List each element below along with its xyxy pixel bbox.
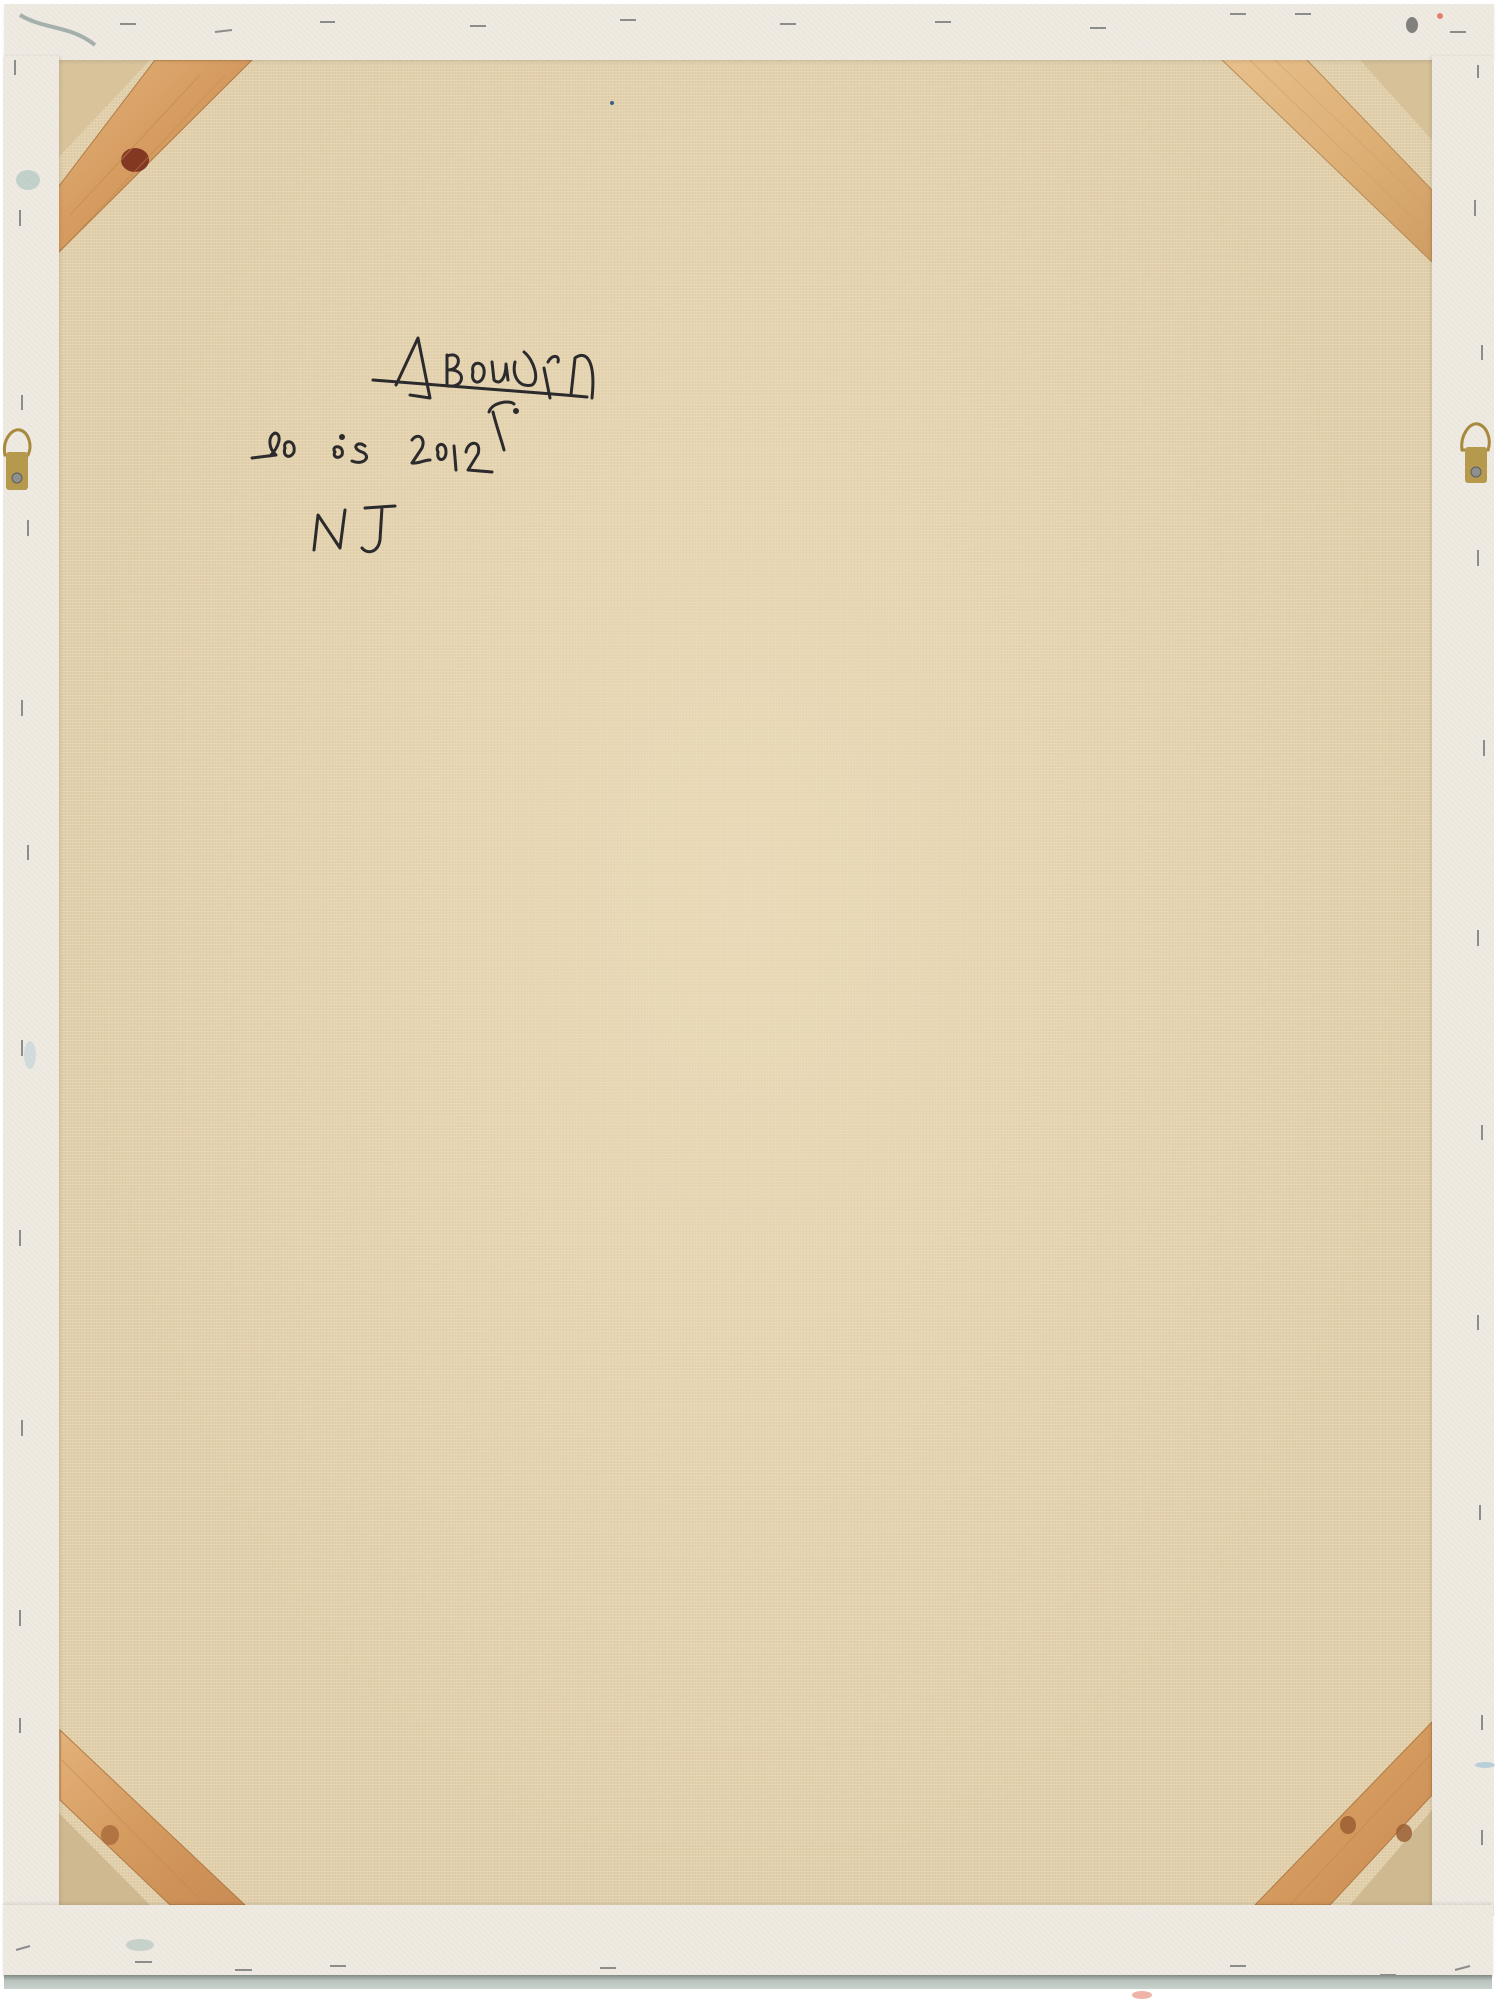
inscription-date	[252, 433, 492, 472]
artist-signature	[373, 338, 593, 450]
inscription-location	[314, 506, 395, 552]
handwritten-inscription: ABOUDIA 20 08 2012 NJ	[0, 0, 1500, 1999]
canvas-back-photo: ABOUDIA 20 08 2012 NJ	[0, 0, 1500, 1999]
